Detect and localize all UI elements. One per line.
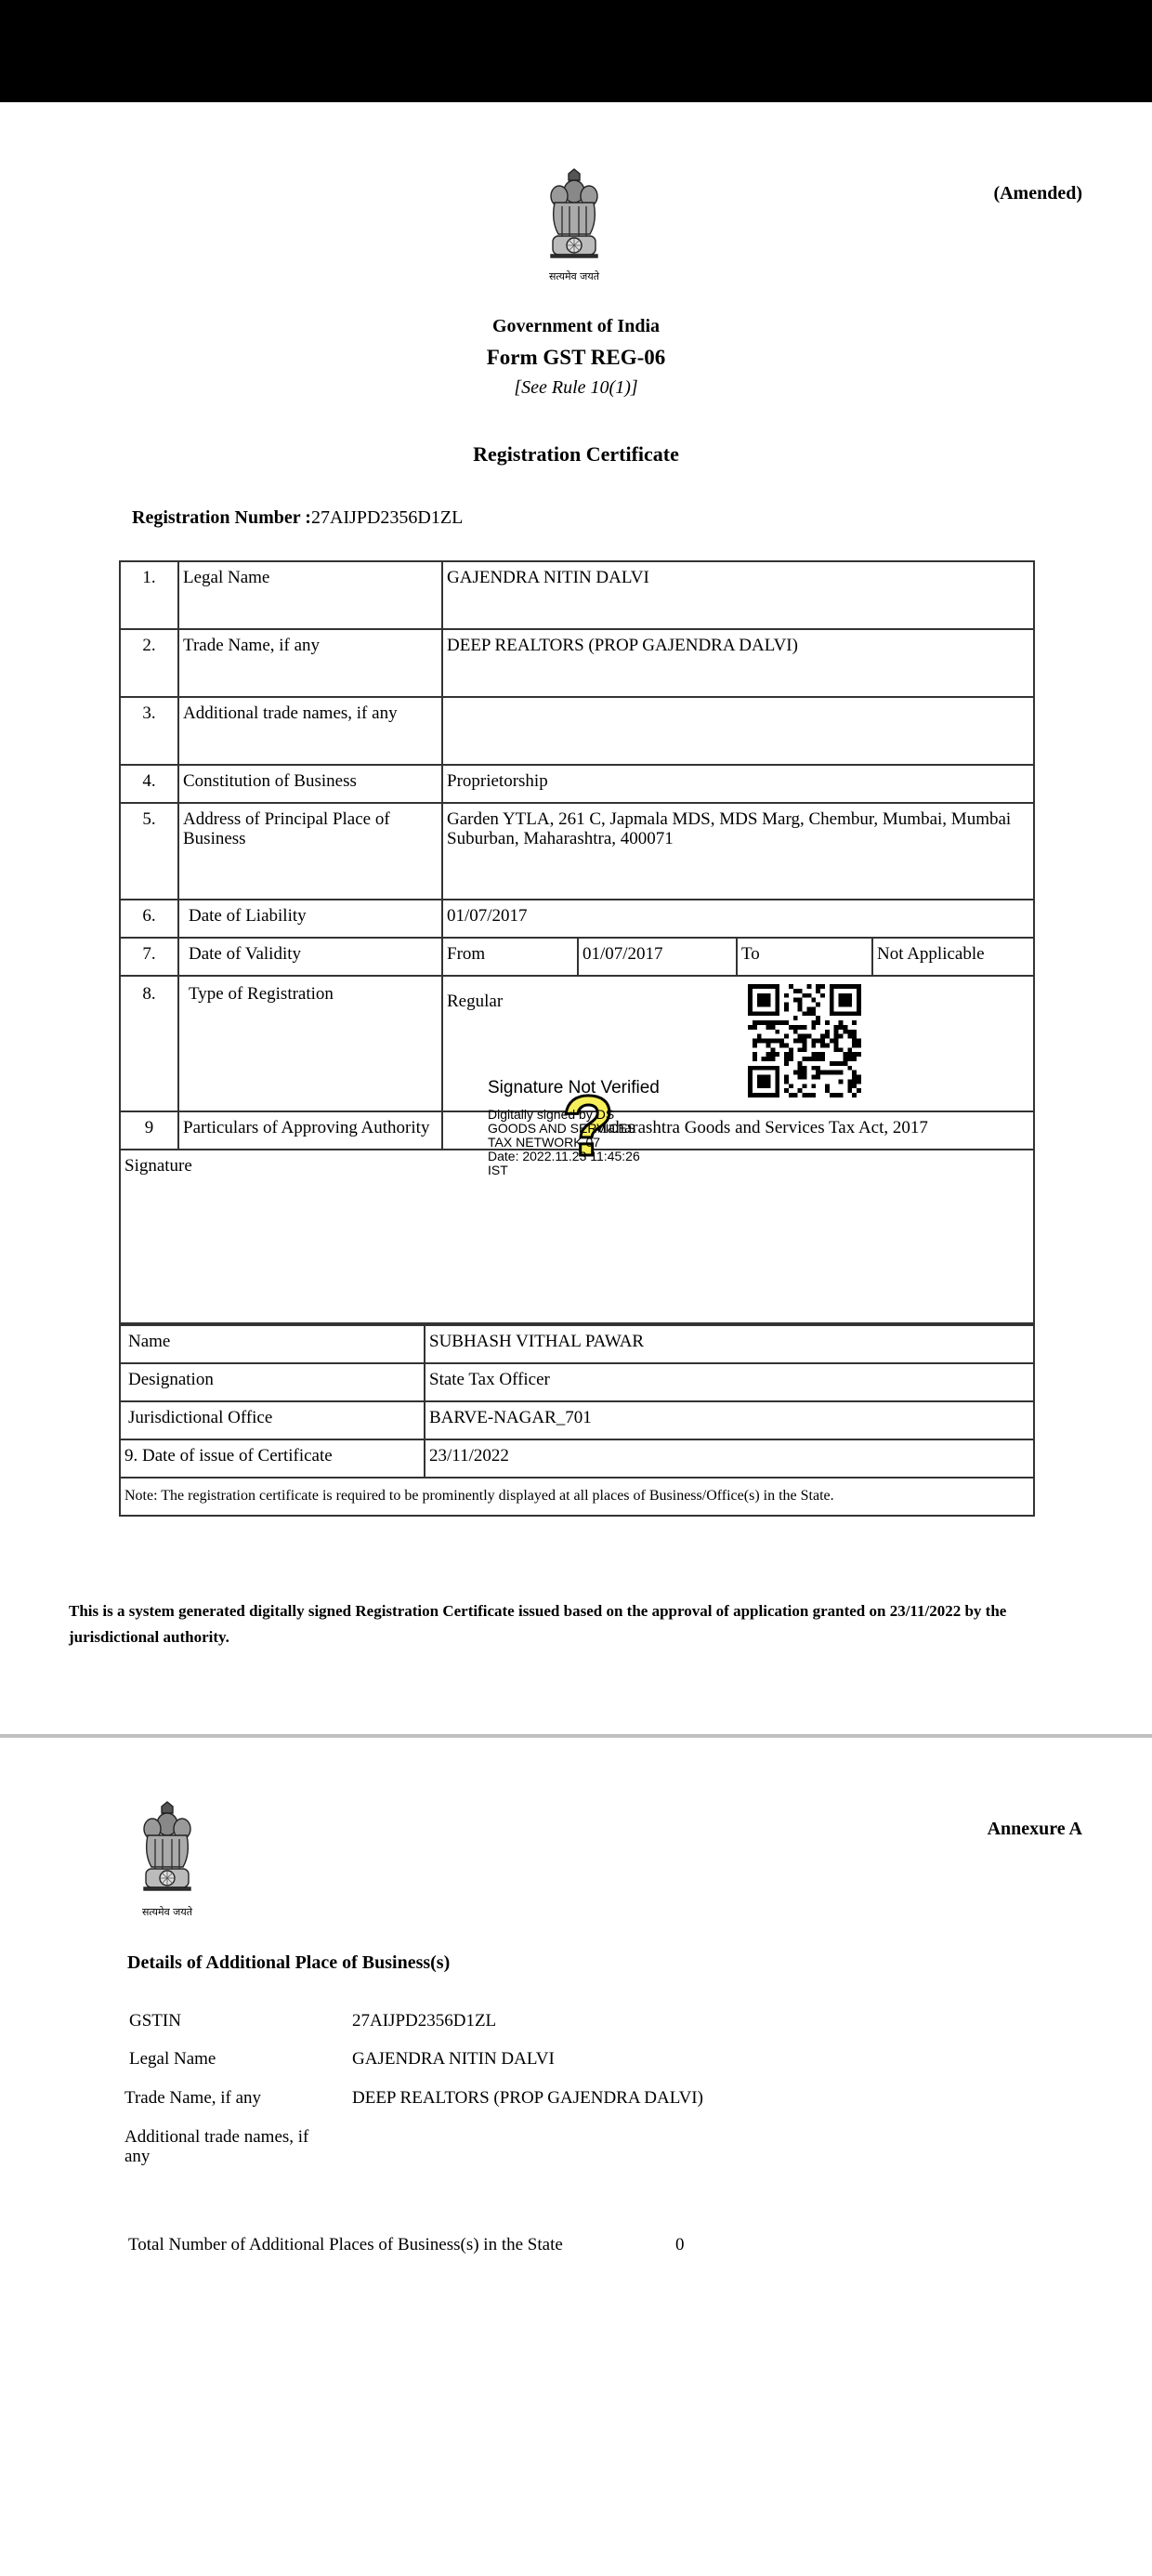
additional-places-heading: Details of Additional Place of Business(…	[127, 1952, 450, 1974]
table-row: Jurisdictional Office BARVE-NAGAR_701	[120, 1401, 1034, 1439]
row-number: 5.	[120, 803, 178, 900]
jurisdictional-office-value: BARVE-NAGAR_701	[425, 1401, 1034, 1439]
annex-trade-name-label: Trade Name, if any	[124, 2088, 261, 2109]
row-number: 4.	[120, 765, 178, 803]
annex-trade-name-value: DEEP REALTORS (PROP GAJENDRA DALVI)	[352, 2088, 703, 2109]
address-value: Garden YTLA, 261 C, Japmala MDS, MDS Mar…	[442, 803, 1034, 900]
validity-to-value: Not Applicable	[872, 938, 1034, 976]
annex-legal-name-label: Legal Name	[129, 2049, 216, 2070]
form-title: Form GST REG-06	[390, 346, 762, 370]
row-number: 6.	[120, 900, 178, 938]
row-number: 3.	[120, 697, 178, 765]
registration-number-value: 27AIJPD2356D1ZL	[311, 507, 463, 528]
emblem-caption: सत्यमेव जयते	[121, 1905, 214, 1919]
registration-number-label: Registration Number :	[132, 507, 311, 528]
legal-name-value: GAJENDRA NITIN DALVI	[442, 561, 1034, 629]
signature-timezone: IST	[488, 1163, 766, 1177]
officer-name-value: SUBHASH VITHAL PAWAR	[425, 1325, 1034, 1363]
signature-status: Signature Not Verified	[488, 1078, 766, 1098]
annex-gstin-value: 27AIJPD2356D1ZL	[352, 2011, 496, 2031]
validity-to-label: To	[737, 938, 872, 976]
annex-legal-name-value: GAJENDRA NITIN DALVI	[352, 2049, 555, 2070]
liability-date-value: 01/07/2017	[442, 900, 1034, 938]
row-number: 7.	[120, 938, 178, 976]
registration-type-value: Regular	[447, 992, 503, 1011]
designation-value: State Tax Officer	[425, 1363, 1034, 1401]
note-row: Note: The registration certificate is re…	[120, 1478, 1034, 1516]
registration-number: Registration Number :27AIJPD2356D1ZL	[132, 507, 463, 529]
emblem-caption: सत्यमेव जयते	[528, 269, 621, 283]
table-row: 2. Trade Name, if any DEEP REALTORS (PRO…	[120, 629, 1034, 697]
row-label: Legal Name	[178, 561, 442, 629]
row-label: Date of Liability	[178, 900, 442, 938]
row-number: 9	[120, 1111, 178, 1150]
row-label: Date of Validity	[178, 938, 442, 976]
row-label: Trade Name, if any	[178, 629, 442, 697]
display-note: Note: The registration certificate is re…	[120, 1478, 1034, 1516]
row-number: 8.	[120, 976, 178, 1111]
row-number: 1.	[120, 561, 178, 629]
top-black-bar	[0, 0, 1152, 102]
rule-reference: [See Rule 10(1)]	[390, 377, 762, 399]
total-places-label: Total Number of Additional Places of Bus…	[128, 2235, 563, 2255]
row-label: Additional trade names, if any	[178, 697, 442, 765]
issue-date-label: 9. Date of issue of Certificate	[120, 1439, 425, 1478]
annex-additional-trade-names-label: Additional trade names, if any	[124, 2127, 338, 2166]
signer-line: TAX NETWORK 07	[488, 1136, 766, 1150]
row-number: 2.	[120, 629, 178, 697]
table-row: Name SUBHASH VITHAL PAWAR	[120, 1325, 1034, 1363]
officer-name-label: Name	[120, 1325, 425, 1363]
table-row: Designation State Tax Officer	[120, 1363, 1034, 1401]
trade-name-value: DEEP REALTORS (PROP GAJENDRA DALVI)	[442, 629, 1034, 697]
national-emblem-icon	[542, 165, 607, 275]
designation-label: Designation	[120, 1363, 425, 1401]
system-generated-statement: This is a system generated digitally sig…	[69, 1598, 1091, 1650]
validity-from-label: From	[442, 938, 578, 976]
table-row: 9. Date of issue of Certificate 23/11/20…	[120, 1439, 1034, 1478]
national-emblem-icon	[134, 1798, 201, 1908]
row-label: Type of Registration	[178, 976, 442, 1111]
additional-trade-names-value	[442, 697, 1034, 765]
table-row: 1. Legal Name GAJENDRA NITIN DALVI	[120, 561, 1034, 629]
row-label: Particulars of Approving Authority	[178, 1111, 442, 1150]
jurisdictional-office-label: Jurisdictional Office	[120, 1401, 425, 1439]
digital-signature-stamp[interactable]: ? Signature Not Verified Digitally signe…	[488, 1078, 766, 1177]
registration-table: 1. Legal Name GAJENDRA NITIN DALVI 2. Tr…	[119, 560, 1035, 1324]
table-row: 5. Address of Principal Place of Busines…	[120, 803, 1034, 900]
issue-date-value: 23/11/2022	[425, 1439, 1034, 1478]
total-places-value: 0	[675, 2235, 685, 2255]
constitution-value: Proprietorship	[442, 765, 1034, 803]
government-title: Government of India	[390, 316, 762, 337]
row-label: Address of Principal Place of Business	[178, 803, 442, 900]
signature-details: Digitally signed by DS GOODS AND SERVICE…	[488, 1108, 766, 1177]
signer-line: Digitally signed by DS	[488, 1108, 766, 1122]
officer-table: Name SUBHASH VITHAL PAWAR Designation St…	[119, 1324, 1035, 1517]
signature-date: Date: 2022.11.23 11:45:26	[488, 1150, 766, 1163]
table-row: 6. Date of Liability 01/07/2017	[120, 900, 1034, 938]
table-row: 3. Additional trade names, if any	[120, 697, 1034, 765]
annexure-title: Annexure A	[929, 1819, 1082, 1840]
certificate-title: Registration Certificate	[390, 442, 762, 467]
row-label: Constitution of Business	[178, 765, 442, 803]
signer-line: GOODS AND SERVICES	[488, 1122, 766, 1136]
validity-from-value: 01/07/2017	[578, 938, 737, 976]
table-row: 4. Constitution of Business Proprietorsh…	[120, 765, 1034, 803]
annex-gstin-label: GSTIN	[129, 2011, 181, 2031]
page-divider	[0, 1734, 1152, 1738]
amended-label: (Amended)	[929, 183, 1082, 204]
table-row: 7. Date of Validity From 01/07/2017 To N…	[120, 938, 1034, 976]
